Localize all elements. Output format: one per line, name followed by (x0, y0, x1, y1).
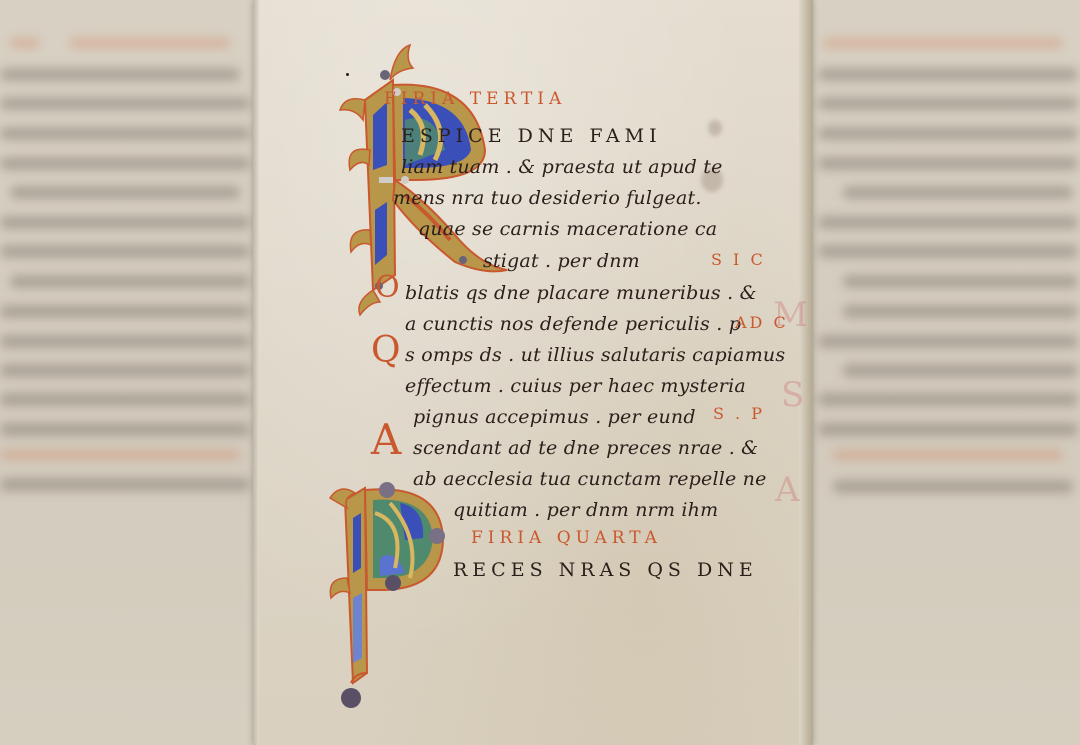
text-line: s omps ds . ut illius salutaris capiamus (405, 344, 785, 366)
blurred-background-left (0, 0, 253, 745)
text-line: quae se carnis maceratione ca (418, 218, 717, 240)
text-line: mens nra tuo desiderio fulgeat. (393, 187, 702, 209)
margin-rubric: S I C (711, 250, 766, 269)
rubric-initial: Q (371, 330, 401, 371)
blurred-background-right (813, 0, 1080, 745)
rubric-heading: FIRIA QUARTA (471, 528, 662, 548)
ghost-letter: A (775, 470, 800, 510)
rubric-initial: O (375, 270, 400, 305)
text-line: effectum . cuius per haec mysteria (405, 375, 746, 397)
text-line: ab aecclesia tua cunctam repelle ne (413, 468, 767, 490)
decorated-initial-p (325, 478, 455, 718)
text-line: blatis qs dne placare muneribus . & (405, 282, 757, 304)
text-line: a cunctis nos defende periculis . p (405, 313, 741, 335)
ghost-letter: S (781, 375, 804, 415)
text-line: scendant ad te dne preces nrae . & (413, 437, 758, 459)
page-edge (253, 0, 259, 745)
text-line: quitiam . per dnm nrm ihm (453, 499, 718, 521)
rubric-heading: FIRIA TERTIA (384, 89, 566, 109)
page-edge (799, 0, 813, 745)
text-line: pignus accepimus . per eund (413, 406, 696, 428)
text-line: liam tuam . & praesta ut apud te (401, 156, 723, 178)
rubric-initial: A (371, 415, 401, 464)
manuscript-page: M S A (253, 0, 813, 745)
margin-rubric: S . P (713, 404, 765, 423)
text-line: RECES NRAS QS DNE (453, 559, 758, 581)
text-line: stigat . per dnm (483, 250, 640, 272)
decorated-initial-r (335, 40, 515, 320)
text-line: ESPICE DNE FAMI (401, 125, 662, 147)
margin-rubric: AD C (735, 313, 789, 332)
ink-stain (708, 120, 722, 136)
